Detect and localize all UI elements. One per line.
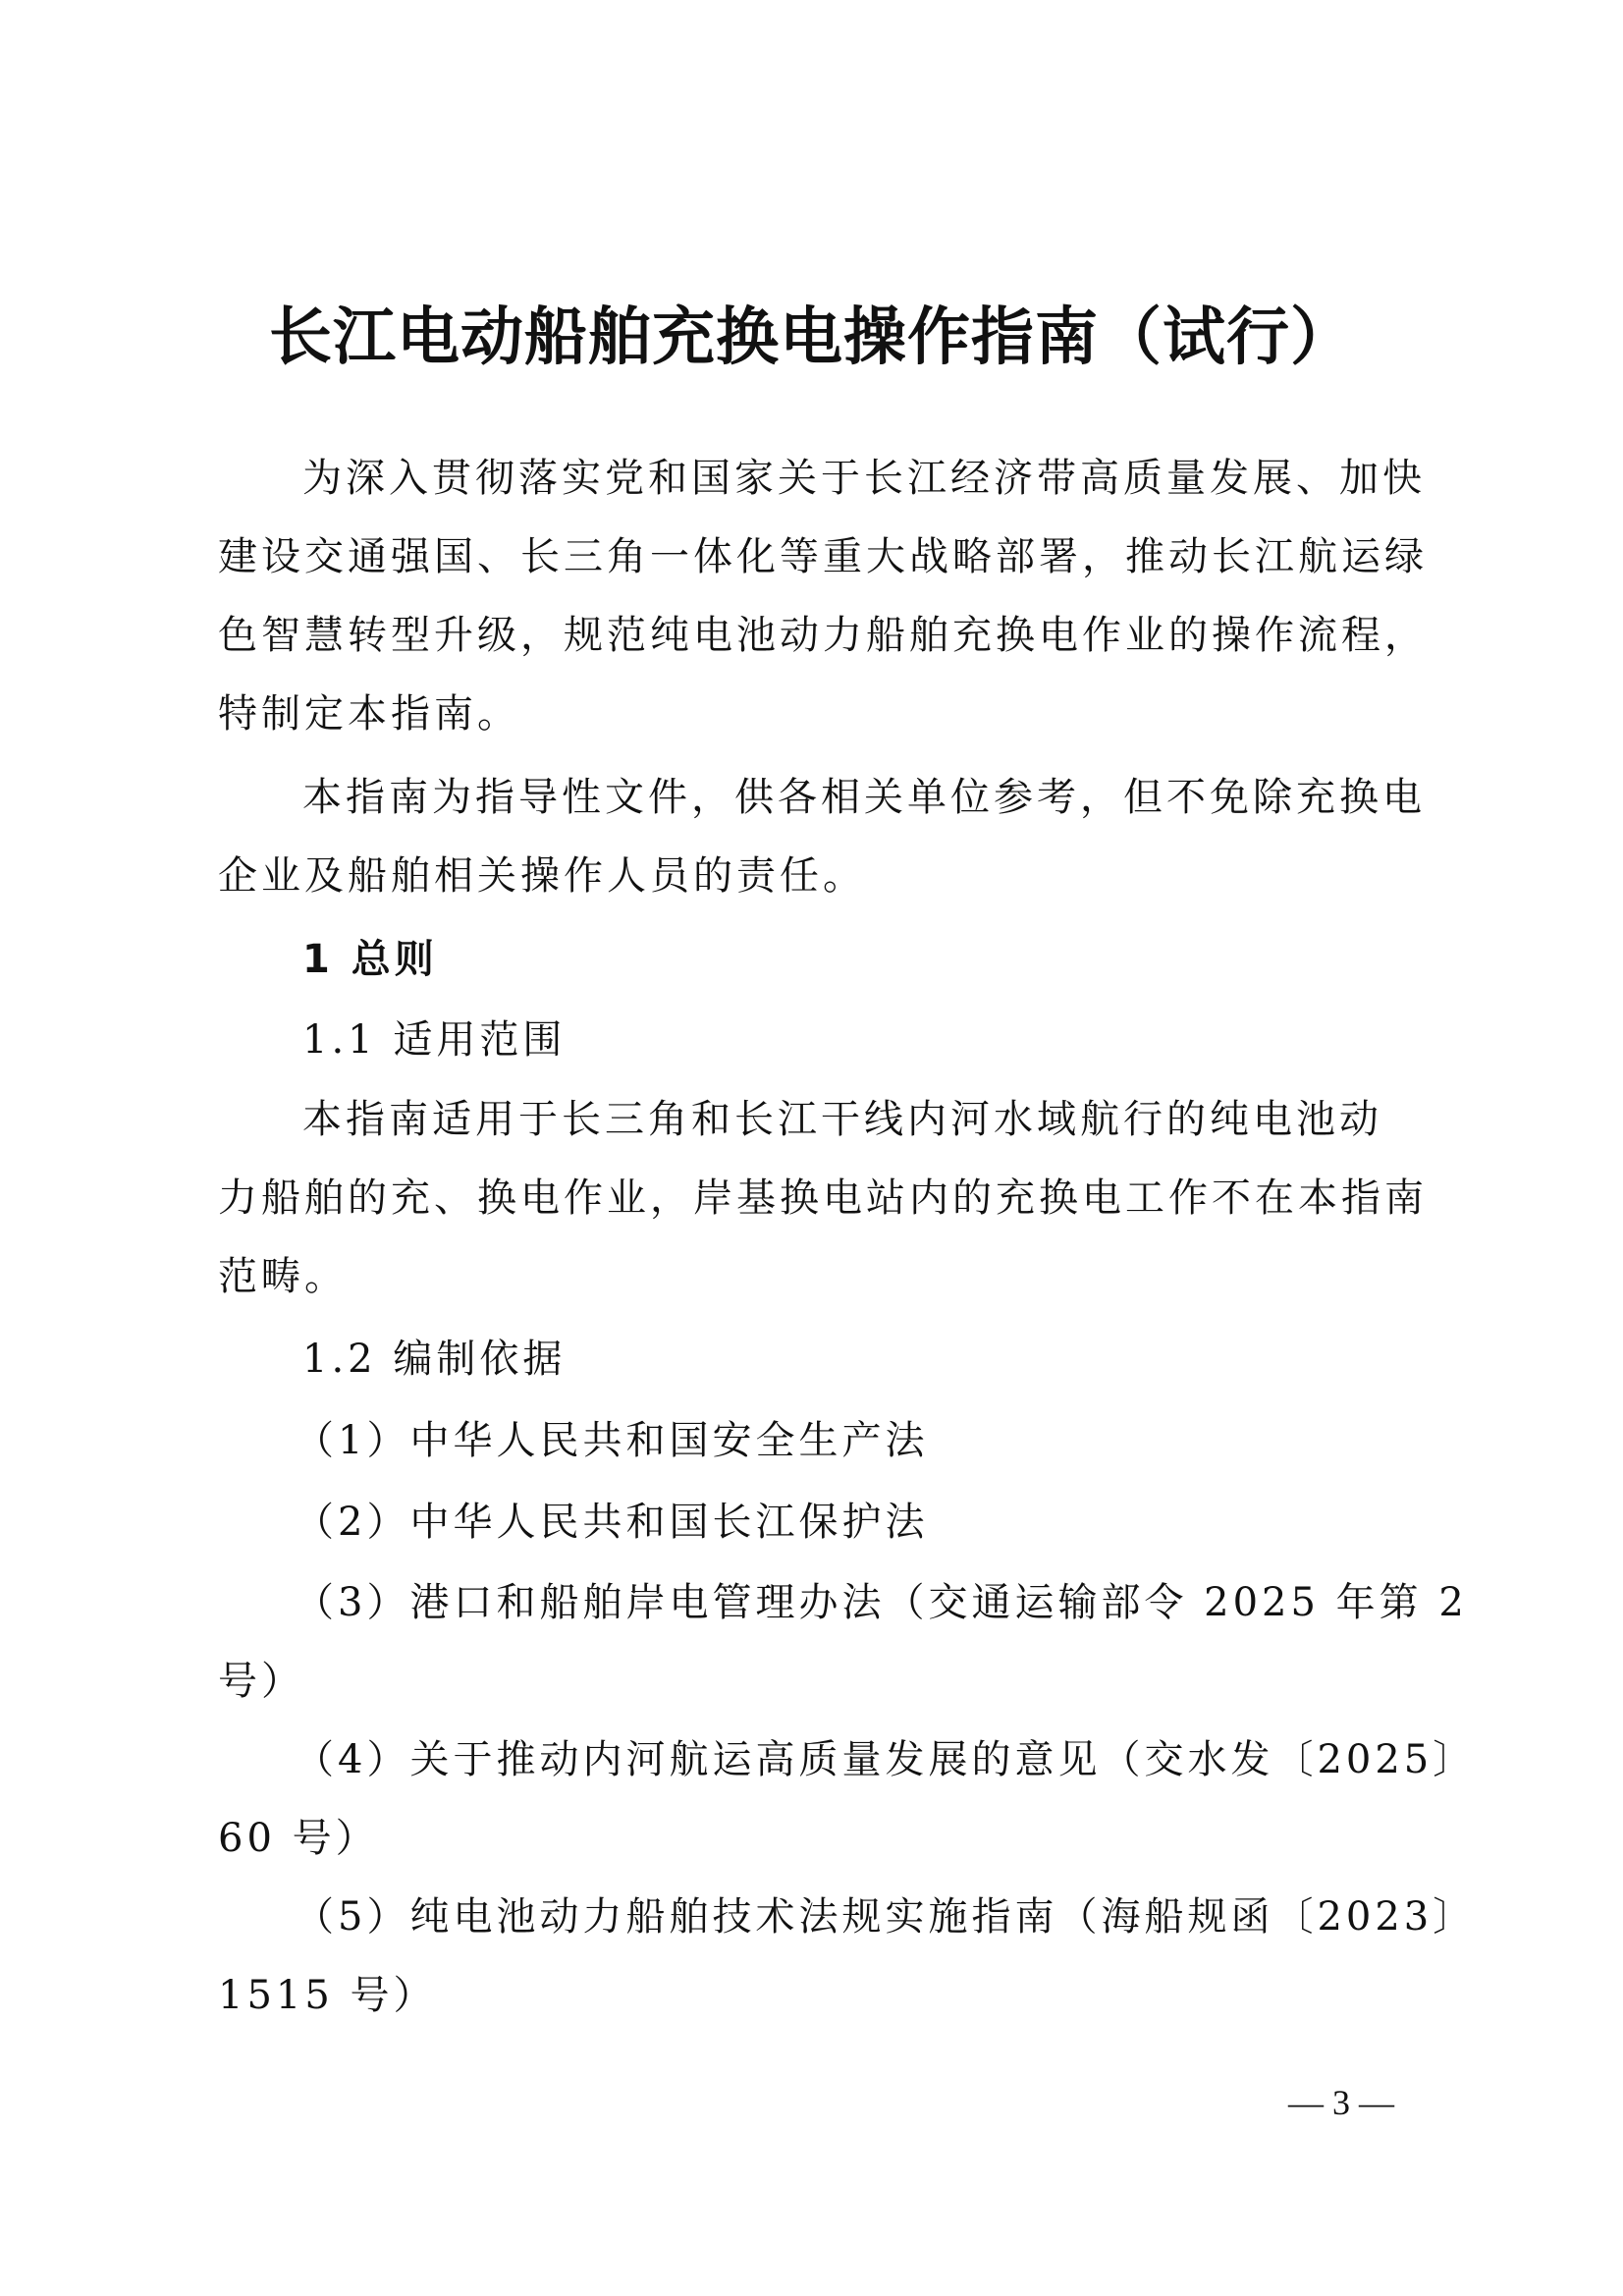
subsection-heading: 1.1 适用范围	[302, 1009, 566, 1065]
reference-item: （5）纯电池动力船舶技术法规实施指南（海船规函〔2023〕	[295, 1886, 1476, 1941]
paragraph-line: 范畴。	[218, 1245, 348, 1301]
subsection-heading: 1.2 编制依据	[302, 1328, 566, 1384]
reference-item: （3）港口和船舶岸电管理办法（交通运输部令 2025 年第 2	[295, 1571, 1468, 1627]
paragraph-line: 企业及船舶相关操作人员的责任。	[218, 845, 866, 901]
paragraph-line: 本指南适用于长三角和长江干线内河水域航行的纯电池动	[302, 1088, 1382, 1144]
paragraph-line: 本指南为指导性文件，供各相关单位参考，但不免除充换电	[302, 766, 1426, 822]
document-title: 长江电动船舶充换电操作指南（试行）	[0, 287, 1623, 377]
paragraph-line: 建设交通强国、长三角一体化等重大战略部署，推动长江航运绿	[218, 525, 1428, 581]
reference-item-continuation: 号）	[218, 1650, 304, 1706]
reference-item-continuation: 60 号）	[218, 1807, 379, 1863]
reference-item-continuation: 1515 号）	[218, 1964, 437, 2020]
paragraph-line: 为深入贯彻落实党和国家关于长江经济带高质量发展、加快	[302, 447, 1426, 503]
paragraph-line: 力船舶的充、换电作业，岸基换电站内的充换电工作不在本指南	[218, 1167, 1428, 1223]
reference-item: （4）关于推动内河航运高质量发展的意见（交水发〔2025〕	[295, 1728, 1476, 1784]
section-heading: 1 总则	[302, 928, 438, 984]
reference-item: （1）中华人民共和国安全生产法	[295, 1409, 928, 1465]
page-number: — 3 —	[1288, 2082, 1394, 2123]
paragraph-line: 色智慧转型升级，规范纯电池动力船舶充换电作业的操作流程，	[218, 604, 1428, 660]
reference-item: （2）中华人民共和国长江保护法	[295, 1491, 928, 1547]
paragraph-line: 特制定本指南。	[218, 683, 520, 738]
